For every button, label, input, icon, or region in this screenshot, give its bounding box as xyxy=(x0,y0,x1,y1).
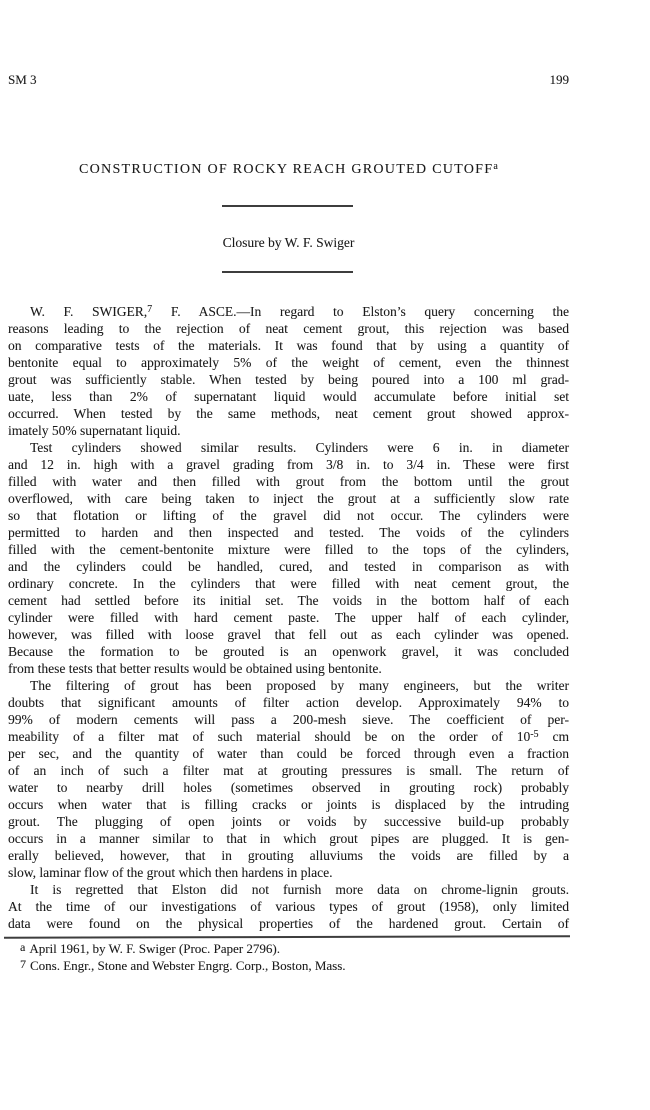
body-line: 99% of modern cements will pass a 200-me… xyxy=(8,711,569,728)
body-line: cement had settled before its initial se… xyxy=(8,592,569,609)
footnote-7-marker: 7 xyxy=(20,957,26,971)
body-line: ordinary concrete. In the cylinders that… xyxy=(8,575,569,592)
body-line: The filtering of grout has been proposed… xyxy=(8,677,569,694)
footnote-a-text: April 1961, by W. F. Swiger (Proc. Paper… xyxy=(29,941,280,956)
footnote-7-text: Cons. Engr., Stone and Webster Engrg. Co… xyxy=(30,958,346,973)
body-line: overflowed, with care being taken to inj… xyxy=(8,490,569,507)
body-line: filled with the cement-bentonite mixture… xyxy=(8,541,569,558)
divider-rule-top xyxy=(222,205,353,207)
body-line: erally believed, however, that in grouti… xyxy=(8,847,569,864)
body-line: permitted to harden and then inspected a… xyxy=(8,524,569,541)
body-line: cylinder were filled with hard cement pa… xyxy=(8,609,569,626)
body-line: uate, less than 2% of supernatant liquid… xyxy=(8,388,569,405)
body-line: Test cylinders showed similar results. C… xyxy=(8,439,569,456)
body-line: occurs when water that is filling cracks… xyxy=(8,796,569,813)
body-line: occurred. When tested by the same method… xyxy=(8,405,569,422)
footnote-7: 7Cons. Engr., Stone and Webster Engrg. C… xyxy=(20,958,569,975)
body-line: occurs in a manner similar to that in wh… xyxy=(8,830,569,847)
paper-title: CONSTRUCTION OF ROCKY REACH GROUTED CUTO… xyxy=(8,162,569,178)
page-number: 199 xyxy=(550,72,570,88)
body-text: F. ASCE.—In regard to Elston’s query con… xyxy=(152,304,569,319)
body-line: It is regretted that Elston did not furn… xyxy=(8,881,569,898)
body-text-block: W. F. SWIGER,7 F. ASCE.—In regard to Els… xyxy=(8,303,569,932)
body-line: and the cylinders could be handled, cure… xyxy=(8,558,569,575)
body-line: doubts that significant amounts of filte… xyxy=(8,694,569,711)
body-line: however, was filled with loose gravel th… xyxy=(8,626,569,643)
footnote-a-marker: a xyxy=(20,940,25,954)
body-line: W. F. SWIGER,7 F. ASCE.—In regard to Els… xyxy=(8,303,569,320)
body-line: filled with water and then filled with g… xyxy=(8,473,569,490)
body-text: meability of a filter mat of such materi… xyxy=(8,729,530,744)
author-name: W. F. SWIGER, xyxy=(30,304,147,319)
body-line: Because the formation to be grouted is a… xyxy=(8,643,569,660)
body-line: on comparative tests of the materials. I… xyxy=(8,337,569,354)
body-line: data were found on the physical properti… xyxy=(8,915,569,932)
title-footnote-marker: a xyxy=(493,161,498,172)
footnote-a: aApril 1961, by W. F. Swiger (Proc. Pape… xyxy=(20,941,569,958)
body-line: At the time of our investigations of var… xyxy=(8,898,569,915)
body-line: per sec, and the quantity of water than … xyxy=(8,745,569,762)
divider-rule-bottom xyxy=(222,271,353,273)
paper-title-text: CONSTRUCTION OF ROCKY REACH GROUTED CUTO… xyxy=(79,162,493,177)
body-line: grout. The plugging of open joints or vo… xyxy=(8,813,569,830)
document-page: SM 3 199 CONSTRUCTION OF ROCKY REACH GRO… xyxy=(0,0,650,1110)
exponent: -5 xyxy=(530,729,538,740)
footnote-divider xyxy=(4,935,570,938)
body-line: so that flotation or lifting of the grav… xyxy=(8,507,569,524)
body-line: water to nearby drill holes (sometimes o… xyxy=(8,779,569,796)
body-line: meability of a filter mat of such materi… xyxy=(8,728,569,745)
closure-byline: Closure by W. F. Swiger xyxy=(8,235,569,251)
body-line: imately 50% supernatant liquid. xyxy=(8,422,569,439)
body-line: from these tests that better results wou… xyxy=(8,660,569,677)
body-line: reasons leading to the rejection of neat… xyxy=(8,320,569,337)
body-text: cm xyxy=(539,729,569,744)
footnote-ref-7: 7 xyxy=(147,304,152,315)
footnotes-block: aApril 1961, by W. F. Swiger (Proc. Pape… xyxy=(20,941,569,974)
body-line: grout was sufficiently stable. When test… xyxy=(8,371,569,388)
body-line: slow, laminar flow of the grout which th… xyxy=(8,864,569,881)
body-line: of an inch of such a filter mat at grout… xyxy=(8,762,569,779)
page-header: SM 3 199 xyxy=(8,72,569,88)
body-line: bentonite equal to approximately 5% of t… xyxy=(8,354,569,371)
body-line: and 12 in. high with a gravel grading fr… xyxy=(8,456,569,473)
journal-section-code: SM 3 xyxy=(8,72,37,88)
